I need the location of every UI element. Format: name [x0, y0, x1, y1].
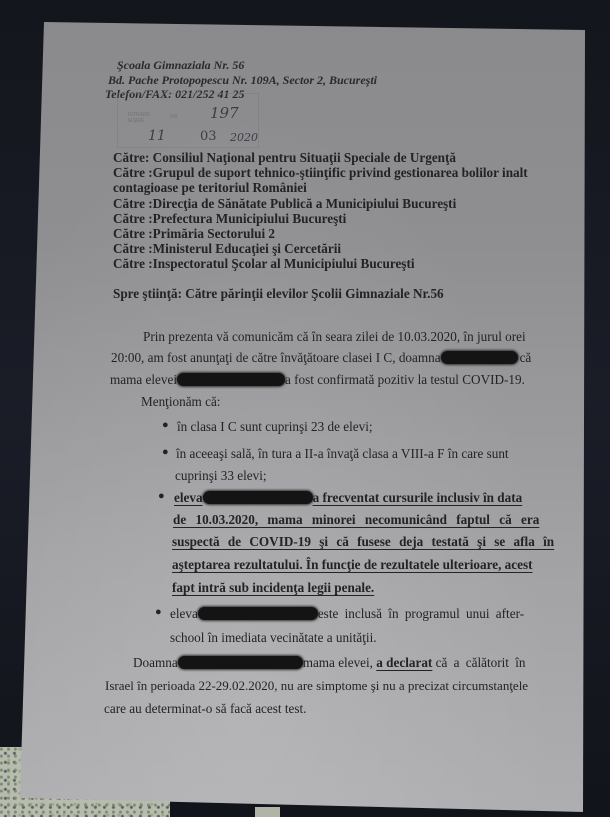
paragraph-text: Prin prezenta vă comunicăm că în seara z…: [143, 329, 526, 345]
stamp-month: 03: [200, 129, 217, 144]
recipient-line: contagioase pe teritoriul României: [113, 180, 307, 196]
bullet-text: în clasa I C sunt cuprinşi 23 de elevi;: [177, 419, 373, 435]
redaction-bar: [178, 656, 303, 669]
bullet-dot-icon: ●: [155, 606, 162, 618]
bullet-text: suspectă de COVID-19 şi că fusese deja t…: [172, 534, 554, 550]
bullet-text: în aceeaşi sală, în tura a II-a învaţă c…: [176, 446, 575, 462]
school-name: Şcoala Gimnaziala Nr. 56: [117, 57, 244, 73]
stamp-number: 197: [210, 104, 239, 122]
bullet-text: cuprinşi 33 elevi;: [175, 468, 267, 484]
bullet-text: de 10.03.2020, mama minorei necomunicând…: [173, 512, 539, 528]
paragraph-text: 20:00, am fost anunţaţi de către învăţăt…: [111, 350, 531, 366]
redaction-bar: [198, 607, 318, 620]
bullet-dot-icon: ●: [158, 490, 165, 502]
registration-stamp: · · · · · · · · · · · · · · · · · · · · …: [117, 93, 259, 148]
redaction-bar: [203, 491, 313, 504]
paragraph-text: Doamnamama elevei, a declarat că a călăt…: [133, 655, 526, 671]
paragraph-text: mama eleveia fost confirmată pozitiv la …: [110, 372, 525, 388]
document-content: Şcoala Gimnaziala Nr. 56 Bd. Pache Proto…: [0, 0, 610, 817]
stamp-year: 2020: [230, 131, 258, 144]
bullet-dot-icon: ●: [162, 419, 169, 431]
recipient-line: Către :Direcţia de Sănătate Publică a Mu…: [113, 196, 456, 212]
stamp-day: 11: [148, 128, 166, 144]
stamp-number-label: NR.: [170, 114, 179, 120]
bullet-text: elevaa frecventat cursurile inclusiv în …: [174, 490, 522, 506]
recipient-line: Către :Inspectoratul Şcolar al Municipiu…: [113, 256, 415, 272]
redaction-bar: [441, 351, 518, 364]
recipient-line: Către :Prefectura Municipiului Bucureşti: [113, 211, 346, 227]
cc-line: Spre ştiinţă: Către părinţii elevilor Şc…: [113, 286, 444, 302]
bullet-text: fapt intră sub incidenţa legii penale.: [172, 580, 374, 596]
paragraph-text: Israel în perioada 22-29.02.2020, nu are…: [105, 678, 528, 694]
bullet-text: elevaeste inclusă în programul unui afte…: [170, 606, 524, 622]
bullet-text: school în imediata vecinătate a unităţii…: [170, 630, 377, 646]
recipient-line: Către :Grupul de suport tehnico-ştiinţif…: [113, 165, 528, 181]
bullet-dot-icon: ●: [162, 446, 169, 458]
paragraph-text: care au determinat-o să facă acest test.: [104, 701, 306, 717]
redaction-bar: [177, 373, 285, 386]
declared-emphasis: a declarat: [376, 655, 432, 670]
recipient-line: Către :Primăria Sectorului 2: [113, 226, 275, 242]
mention-heading: Menţionăm că:: [141, 394, 220, 410]
recipient-line: Către :Ministerul Educaţiei şi Cercetări…: [113, 241, 341, 257]
bullet-text: aşteptarea rezultatului. În funcţie de r…: [172, 557, 533, 573]
recipient-line: Către: Consiliul Naţional pentru Situaţi…: [113, 150, 456, 166]
